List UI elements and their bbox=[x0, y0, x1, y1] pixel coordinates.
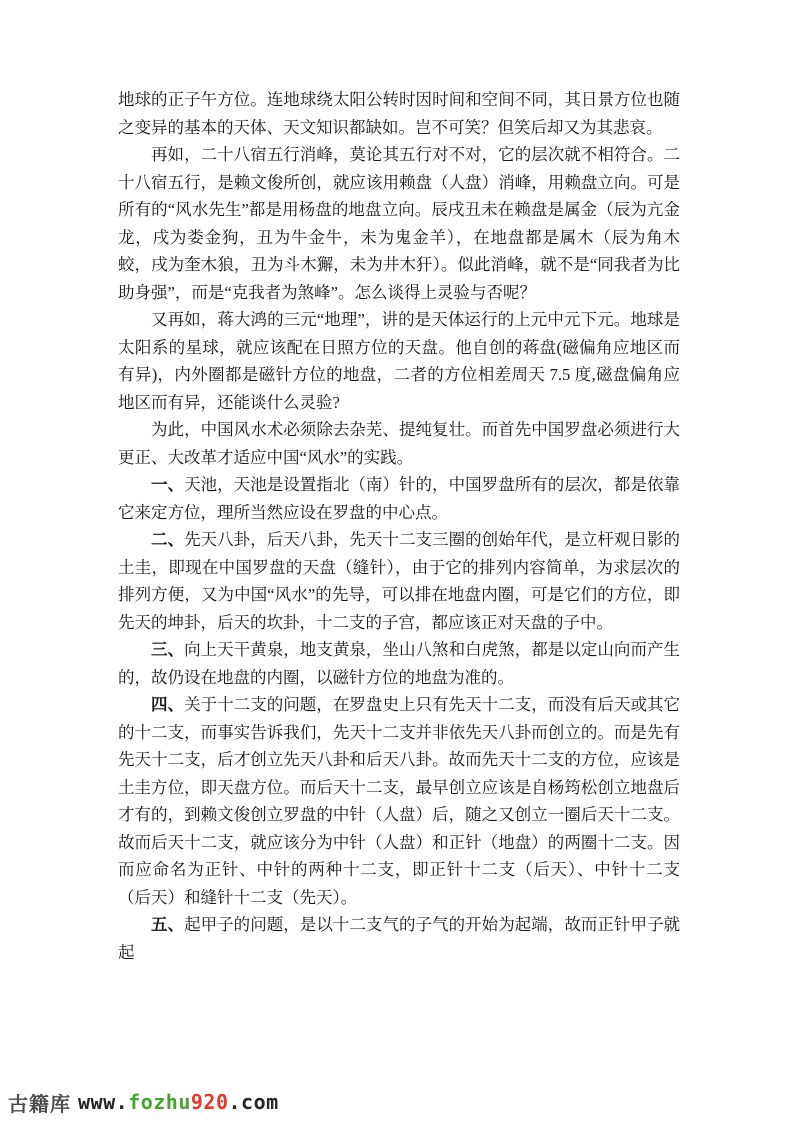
paragraph-text: 为此，中国风水术必须除去杂芜、提纯复壮。而首先中国罗盘必须进行大更正、大改革才适… bbox=[118, 420, 680, 467]
paragraph-leader: 二、 bbox=[151, 530, 184, 549]
watermark-url-prefix: www. bbox=[78, 1090, 128, 1114]
paragraph: 再如，二十八宿五行消峰，莫论其五行对不对，它的层次就不相符合。二十八宿五行，是赖… bbox=[118, 141, 680, 306]
paragraph-text: 关于十二支的问题，在罗盘史上只有先天十二支，而没有后天或其它的十二支，而事实告诉… bbox=[118, 695, 680, 907]
paragraph-text: 再如，二十八宿五行消峰，莫论其五行对不对，它的层次就不相符合。二十八宿五行，是赖… bbox=[118, 145, 680, 302]
paragraph-leader: 三、 bbox=[151, 640, 184, 659]
watermark-url: www.fozhu920.com bbox=[78, 1090, 279, 1114]
paragraph-leader: 一、 bbox=[151, 475, 184, 494]
paragraph: 又再如，蒋大鸿的三元“地理”，讲的是天体运行的上元中元下元。地球是太阳系的星球，… bbox=[118, 306, 680, 416]
paragraph: 为此，中国风水术必须除去杂芜、提纯复壮。而首先中国罗盘必须进行大更正、大改革才适… bbox=[118, 416, 680, 471]
watermark-url-red-part: 920 bbox=[191, 1090, 229, 1114]
watermark: 古籍库www.fozhu920.com bbox=[8, 1089, 279, 1115]
paragraph: 一、天池，天池是设置指北（南）针的，中国罗盘所有的层次，都是依靠它来定方位，理所… bbox=[118, 471, 680, 526]
paragraph-text: 天池，天池是设置指北（南）针的，中国罗盘所有的层次，都是依靠它来定方位，理所当然… bbox=[118, 475, 680, 522]
paragraph-text: 向上天干黄泉，地支黄泉，坐山八煞和白虎煞，都是以定山向而产生的，故仍设在地盘的内… bbox=[118, 640, 680, 687]
paragraph-text: 地球的正子午方位。连地球绕太阳公转时因时间和空间不同，其日景方位也随之变异的基本… bbox=[118, 90, 680, 137]
paragraph-leader: 五、 bbox=[151, 915, 184, 934]
paragraph: 地球的正子午方位。连地球绕太阳公转时因时间和空间不同，其日景方位也随之变异的基本… bbox=[118, 86, 680, 141]
paragraph-text: 又再如，蒋大鸿的三元“地理”，讲的是天体运行的上元中元下元。地球是太阳系的星球，… bbox=[118, 310, 680, 412]
document-text: 地球的正子午方位。连地球绕太阳公转时因时间和空间不同，其日景方位也随之变异的基本… bbox=[118, 86, 680, 966]
paragraph: 二、先天八卦，后天八卦，先天十二支三圈的创始年代，是立杆观日影的土圭，即现在中国… bbox=[118, 526, 680, 636]
paragraph-text: 起甲子的问题，是以十二支气的子气的开始为起端，故而正针甲子就起 bbox=[118, 915, 680, 962]
paragraph-text: 先天八卦，后天八卦，先天十二支三圈的创始年代，是立杆观日影的土圭，即现在中国罗盘… bbox=[118, 530, 680, 632]
paragraph: 三、向上天干黄泉，地支黄泉，坐山八煞和白虎煞，都是以定山向而产生的，故仍设在地盘… bbox=[118, 636, 680, 691]
watermark-url-suffix: .com bbox=[229, 1090, 279, 1114]
paragraph: 四、关于十二支的问题，在罗盘史上只有先天十二支，而没有后天或其它的十二支，而事实… bbox=[118, 691, 680, 911]
scanned-page: 地球的正子午方位。连地球绕太阳公转时因时间和空间不同，其日景方位也随之变异的基本… bbox=[0, 0, 793, 1122]
paragraph: 五、起甲子的问题，是以十二支气的子气的开始为起端，故而正针甲子就起 bbox=[118, 911, 680, 966]
watermark-site-name: 古籍库 bbox=[8, 1088, 71, 1117]
watermark-url-green-part: fozhu bbox=[128, 1090, 191, 1114]
paragraph-leader: 四、 bbox=[151, 695, 184, 714]
